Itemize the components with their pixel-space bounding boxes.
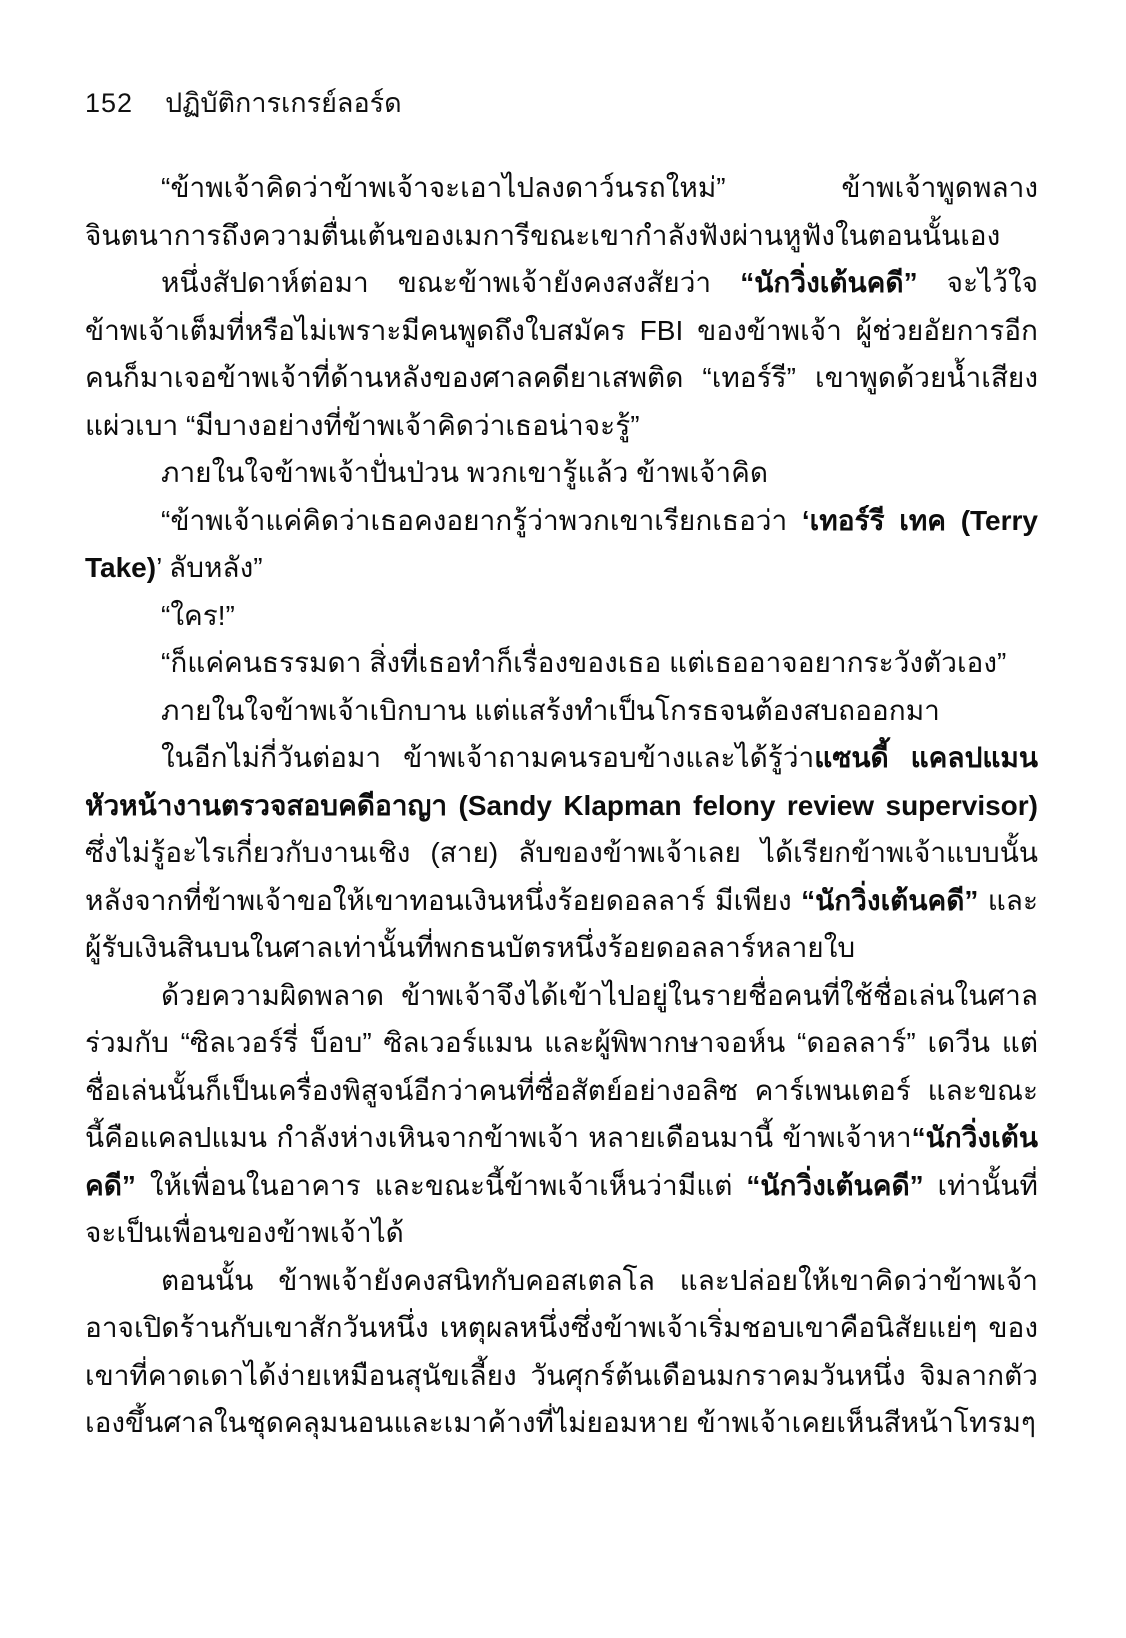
body-text: “ข้าพเจ้าคิดว่าข้าพเจ้าจะเอาไปลงดาว์นรถใ… [85, 164, 1038, 1447]
paragraph: หนึ่งสัปดาห์ต่อมา ขณะข้าพเจ้ายังคงสงสัยว… [85, 259, 1038, 449]
text-run: ภายในใจข้าพเจ้าปั่นป่วน พวกเขารู้แล้ว ข้… [161, 457, 768, 488]
emphasized-text: “นักวิ่งเต้นคดี” [801, 885, 978, 916]
text-run: “ข้าพเจ้าแค่คิดว่าเธอคงอยากรู้ว่าพวกเขาเ… [161, 505, 802, 536]
paragraph: ด้วยความผิดพลาด ข้าพเจ้าจึงได้เข้าไปอยู่… [85, 972, 1038, 1257]
running-head-title: ปฏิบัติการเกรย์ลอร์ด [165, 86, 402, 120]
book-page: 152 ปฏิบัติการเกรย์ลอร์ด “ข้าพเจ้าคิดว่า… [0, 0, 1126, 1638]
paragraph: ภายในใจข้าพเจ้าปั่นป่วน พวกเขารู้แล้ว ข้… [85, 449, 1038, 497]
emphasized-text: “นักวิ่งเต้นคดี” [740, 267, 917, 298]
paragraph: “ข้าพเจ้าแค่คิดว่าเธอคงอยากรู้ว่าพวกเขาเ… [85, 497, 1038, 592]
text-run: ด้วยความผิดพลาด ข้าพเจ้าจึงได้เข้าไปอยู่… [85, 980, 1038, 1154]
paragraph: “ใคร!” [85, 592, 1038, 640]
text-run: ’ ลับหลัง” [156, 552, 263, 583]
paragraph: “ก็แค่คนธรรมดา สิ่งที่เธอทำก็เรื่องของเธ… [85, 639, 1038, 687]
text-run: ให้เพื่อนในอาคาร และขณะนี้ข้าพเจ้าเห็นว่… [136, 1170, 746, 1201]
running-header: 152 ปฏิบัติการเกรย์ลอร์ด [85, 86, 1038, 120]
paragraph: ภายในใจข้าพเจ้าเบิกบาน แต่แสร้งทำเป็นโกร… [85, 687, 1038, 735]
text-run: หนึ่งสัปดาห์ต่อมา ขณะข้าพเจ้ายังคงสงสัยว… [161, 267, 740, 298]
paragraph: ตอนนั้น ข้าพเจ้ายังคงสนิทกับคอสเตลโล และ… [85, 1257, 1038, 1447]
page-number: 152 [85, 86, 133, 120]
emphasized-text: “นักวิ่งเต้นคดี” [746, 1170, 923, 1201]
text-run: “ข้าพเจ้าคิดว่าข้าพเจ้าจะเอาไปลงดาว์นรถใ… [85, 172, 1038, 251]
text-run: “ก็แค่คนธรรมดา สิ่งที่เธอทำก็เรื่องของเธ… [161, 647, 1006, 678]
text-run: ในอีกไม่กี่วันต่อมา ข้าพเจ้าถามคนรอบข้าง… [161, 742, 814, 773]
text-run: ตอนนั้น ข้าพเจ้ายังคงสนิทกับคอสเตลโล และ… [85, 1265, 1038, 1439]
text-run: “ใคร!” [161, 600, 235, 631]
paragraph: “ข้าพเจ้าคิดว่าข้าพเจ้าจะเอาไปลงดาว์นรถใ… [85, 164, 1038, 259]
text-run: ภายในใจข้าพเจ้าเบิกบาน แต่แสร้งทำเป็นโกร… [161, 695, 940, 726]
paragraph: ในอีกไม่กี่วันต่อมา ข้าพเจ้าถามคนรอบข้าง… [85, 734, 1038, 972]
